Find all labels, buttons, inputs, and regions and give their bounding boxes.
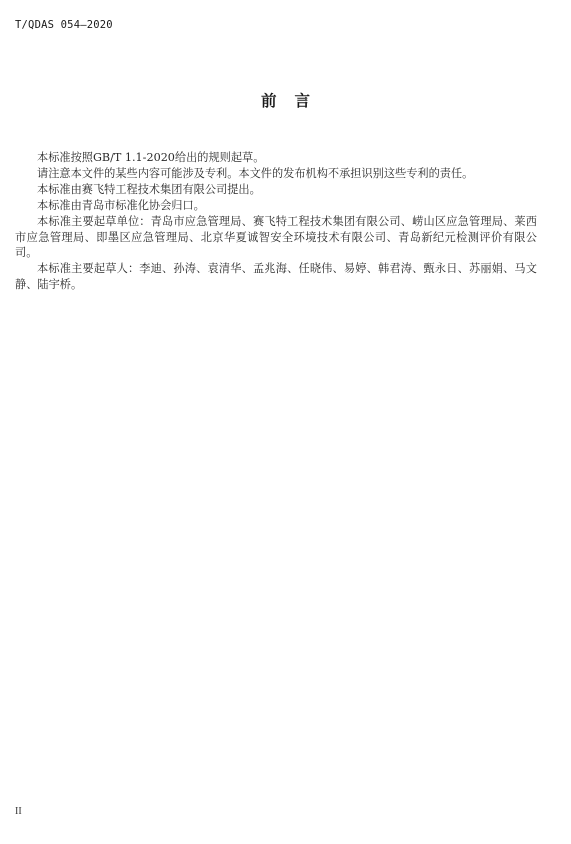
page-number: II — [15, 806, 22, 817]
page-title: 前言 — [0, 89, 571, 111]
preface-body: 本标准按照GB/T 1.1-2020给出的规则起草。 请注意本文件的某些内容可能… — [37, 150, 537, 293]
paragraph-proposer: 本标准由赛飞特工程技术集团有限公司提出。 — [15, 182, 537, 198]
paragraph-drafting-rules: 本标准按照GB/T 1.1-2020给出的规则起草。 — [15, 150, 537, 166]
paragraph-drafting-units: 本标准主要起草单位：青岛市应急管理局、赛飞特工程技术集团有限公司、崂山区应急管理… — [15, 214, 537, 262]
paragraph-administrator: 本标准由青岛市标准化协会归口。 — [15, 198, 537, 214]
paragraph-drafters: 本标准主要起草人：李迪、孙涛、袁清华、孟兆海、任晓伟、易婷、韩君涛、甄永日、苏丽… — [15, 261, 537, 293]
paragraph-patent-notice: 请注意本文件的某些内容可能涉及专利。本文件的发布机构不承担识别这些专利的责任。 — [15, 166, 537, 182]
document-code: T/QDAS 054—2020 — [15, 19, 113, 31]
